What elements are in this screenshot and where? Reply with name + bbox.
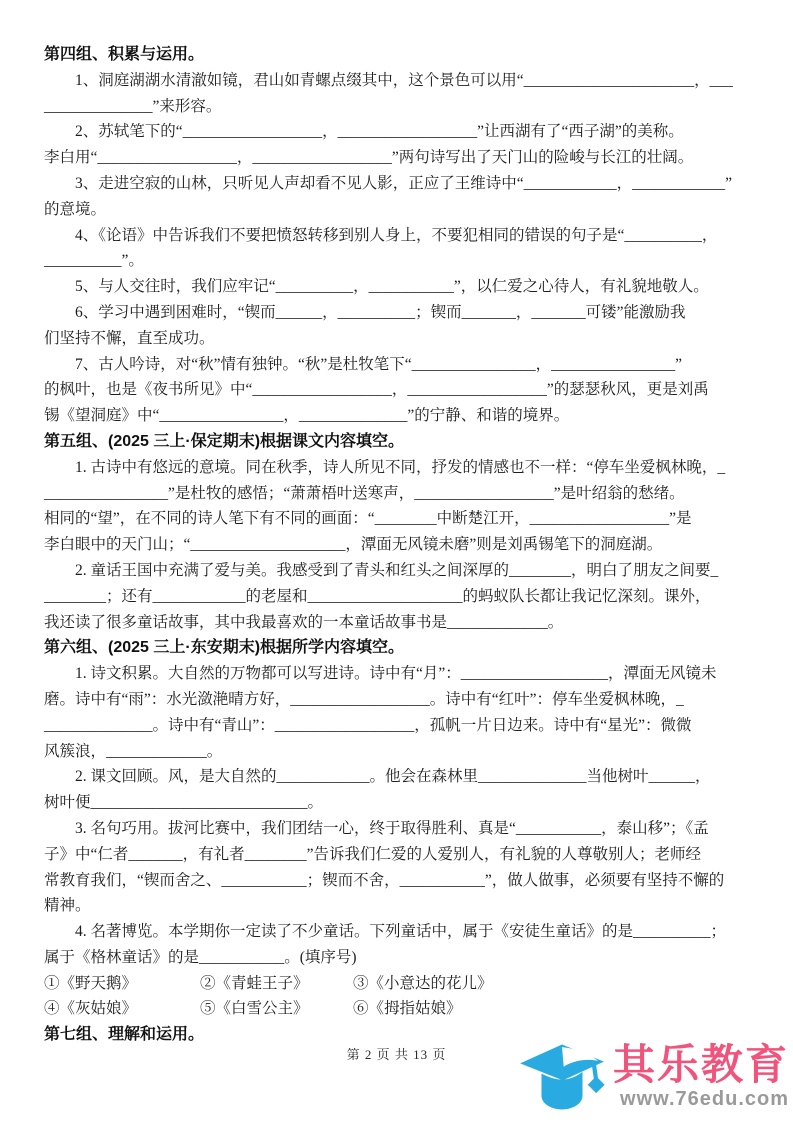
text-line: 精神。 — [44, 893, 752, 919]
option-row: ④《灰姑娘》 ⑤《白雪公主》 ⑥《拇指姑娘》 — [44, 996, 752, 1022]
brand-logo: 其乐教育 www.76edu.com — [515, 1036, 789, 1118]
text-line: 2. 课文回顾。风，是大自然的____________。他会在森林里______… — [44, 764, 752, 790]
text-line: 相同的“望”，在不同的诗人笔下有不同的画面：“________中断楚江开，___… — [44, 506, 752, 532]
worksheet-content: 第四组、积累与运用。 1、洞庭湖湖水清澈如镜，君山如青螺点缀其中，这个景色可以用… — [44, 42, 752, 1048]
text-line: 们坚持不懈，直至成功。 — [44, 326, 752, 352]
text-line: 属于《格林童话》的是___________。(填序号) — [44, 945, 752, 971]
brand-text-block: 其乐教育 www.76edu.com — [613, 1043, 789, 1111]
option-item: ⑥《拇指姑娘》 — [353, 996, 462, 1022]
text-line: 锡《望洞庭》中“________________，______________”… — [44, 403, 752, 429]
worksheet-page: 第四组、积累与运用。 1、洞庭湖湖水清澈如镜，君山如青螺点缀其中，这个景色可以用… — [0, 0, 793, 1122]
text-line: 磨。诗中有“雨”：水光潋滟晴方好，__________________。诗中有“… — [44, 687, 752, 713]
text-line: 李白用“__________________，_________________… — [44, 145, 752, 171]
section-4-heading: 第四组、积累与运用。 — [44, 42, 752, 68]
text-line: 1. 诗文积累。大自然的万物都可以写进诗。诗中有“月”：____________… — [44, 661, 752, 687]
text-line: 3、走进空寂的山林，只听见人声却看不见人影，正应了王维诗中“__________… — [44, 171, 752, 197]
text-line: 的意境。 — [44, 197, 752, 223]
text-line: 3. 名句巧用。拔河比赛中，我们团结一心，终于取得胜利、真是“_________… — [44, 816, 752, 842]
text-line: ______________。诗中有“青山”：_________________… — [44, 713, 752, 739]
text-line: 我还读了很多童话故事，其中我最喜欢的一本童话故事书是_____________。 — [44, 610, 752, 636]
text-line: 4. 名著博览。本学期你一定读了不少童话。下列童话中，属于《安徒生童话》的是__… — [44, 919, 752, 945]
text-line: 树叶便____________________________。 — [44, 790, 752, 816]
text-line: 4、《论语》中告诉我们不要把愤怒转移到别人身上，不要犯相同的错误的句子是“___… — [44, 223, 752, 249]
brand-website: www.76edu.com — [613, 1088, 789, 1111]
text-line: 的枫叶，也是《夜书所见》中“__________________，_______… — [44, 377, 752, 403]
option-item: ②《青蛙王子》 — [200, 971, 353, 997]
option-row: ①《野天鹅》 ②《青蛙王子》 ③《小意达的花儿》 — [44, 971, 752, 997]
text-line: ______________”来形容。 — [44, 94, 752, 120]
text-line: 子》中“仁者_______，有礼者________”告诉我们仁爱的人爱别人，有礼… — [44, 842, 752, 868]
text-line: 常教育我们，“锲而舍之、___________；锲而不舍，___________… — [44, 868, 752, 894]
text-line: ________________”是杜牧的感悟；“萧萧梧叶送寒声，_______… — [44, 481, 752, 507]
text-line: 李白眼中的天门山；“____________________，潭面无风镜未磨”则… — [44, 532, 752, 558]
text-line: 2. 童话王国中充满了爱与美。我感受到了青头和红头之间深厚的________，明… — [44, 558, 752, 584]
graduation-cap-icon — [515, 1036, 609, 1118]
option-item: ①《野天鹅》 — [44, 971, 200, 997]
text-line: 1. 古诗中有悠远的意境。同在秋季，诗人所见不同，抒发的情感也不一样：“停车坐爱… — [44, 455, 752, 481]
text-line: 6、学习中遇到困难时，“锲而______，__________；锲而______… — [44, 300, 752, 326]
option-item: ③《小意达的花儿》 — [353, 971, 493, 997]
text-line: 风簇浪，_____________。 — [44, 739, 752, 765]
text-line: 7、古人吟诗，对“秋”情有独钟。“秋”是杜牧笔下“_______________… — [44, 352, 752, 378]
brand-name: 其乐教育 — [613, 1043, 789, 1087]
text-line: 2、苏轼笔下的“__________________，_____________… — [44, 119, 752, 145]
section-6-heading: 第六组、(2025 三上·东安期末)根据所学内容填空。 — [44, 635, 752, 661]
text-line: ________；还有____________的老屋和_____________… — [44, 584, 752, 610]
option-item: ⑤《白雪公主》 — [200, 996, 353, 1022]
option-item: ④《灰姑娘》 — [44, 996, 200, 1022]
text-line: 1、洞庭湖湖水清澈如镜，君山如青螺点缀其中，这个景色可以用“__________… — [44, 68, 752, 94]
text-line: __________”。 — [44, 248, 752, 274]
text-line: 5、与人交往时，我们应牢记“__________，___________”，以仁… — [44, 274, 752, 300]
section-5-heading: 第五组、(2025 三上·保定期末)根据课文内容填空。 — [44, 429, 752, 455]
